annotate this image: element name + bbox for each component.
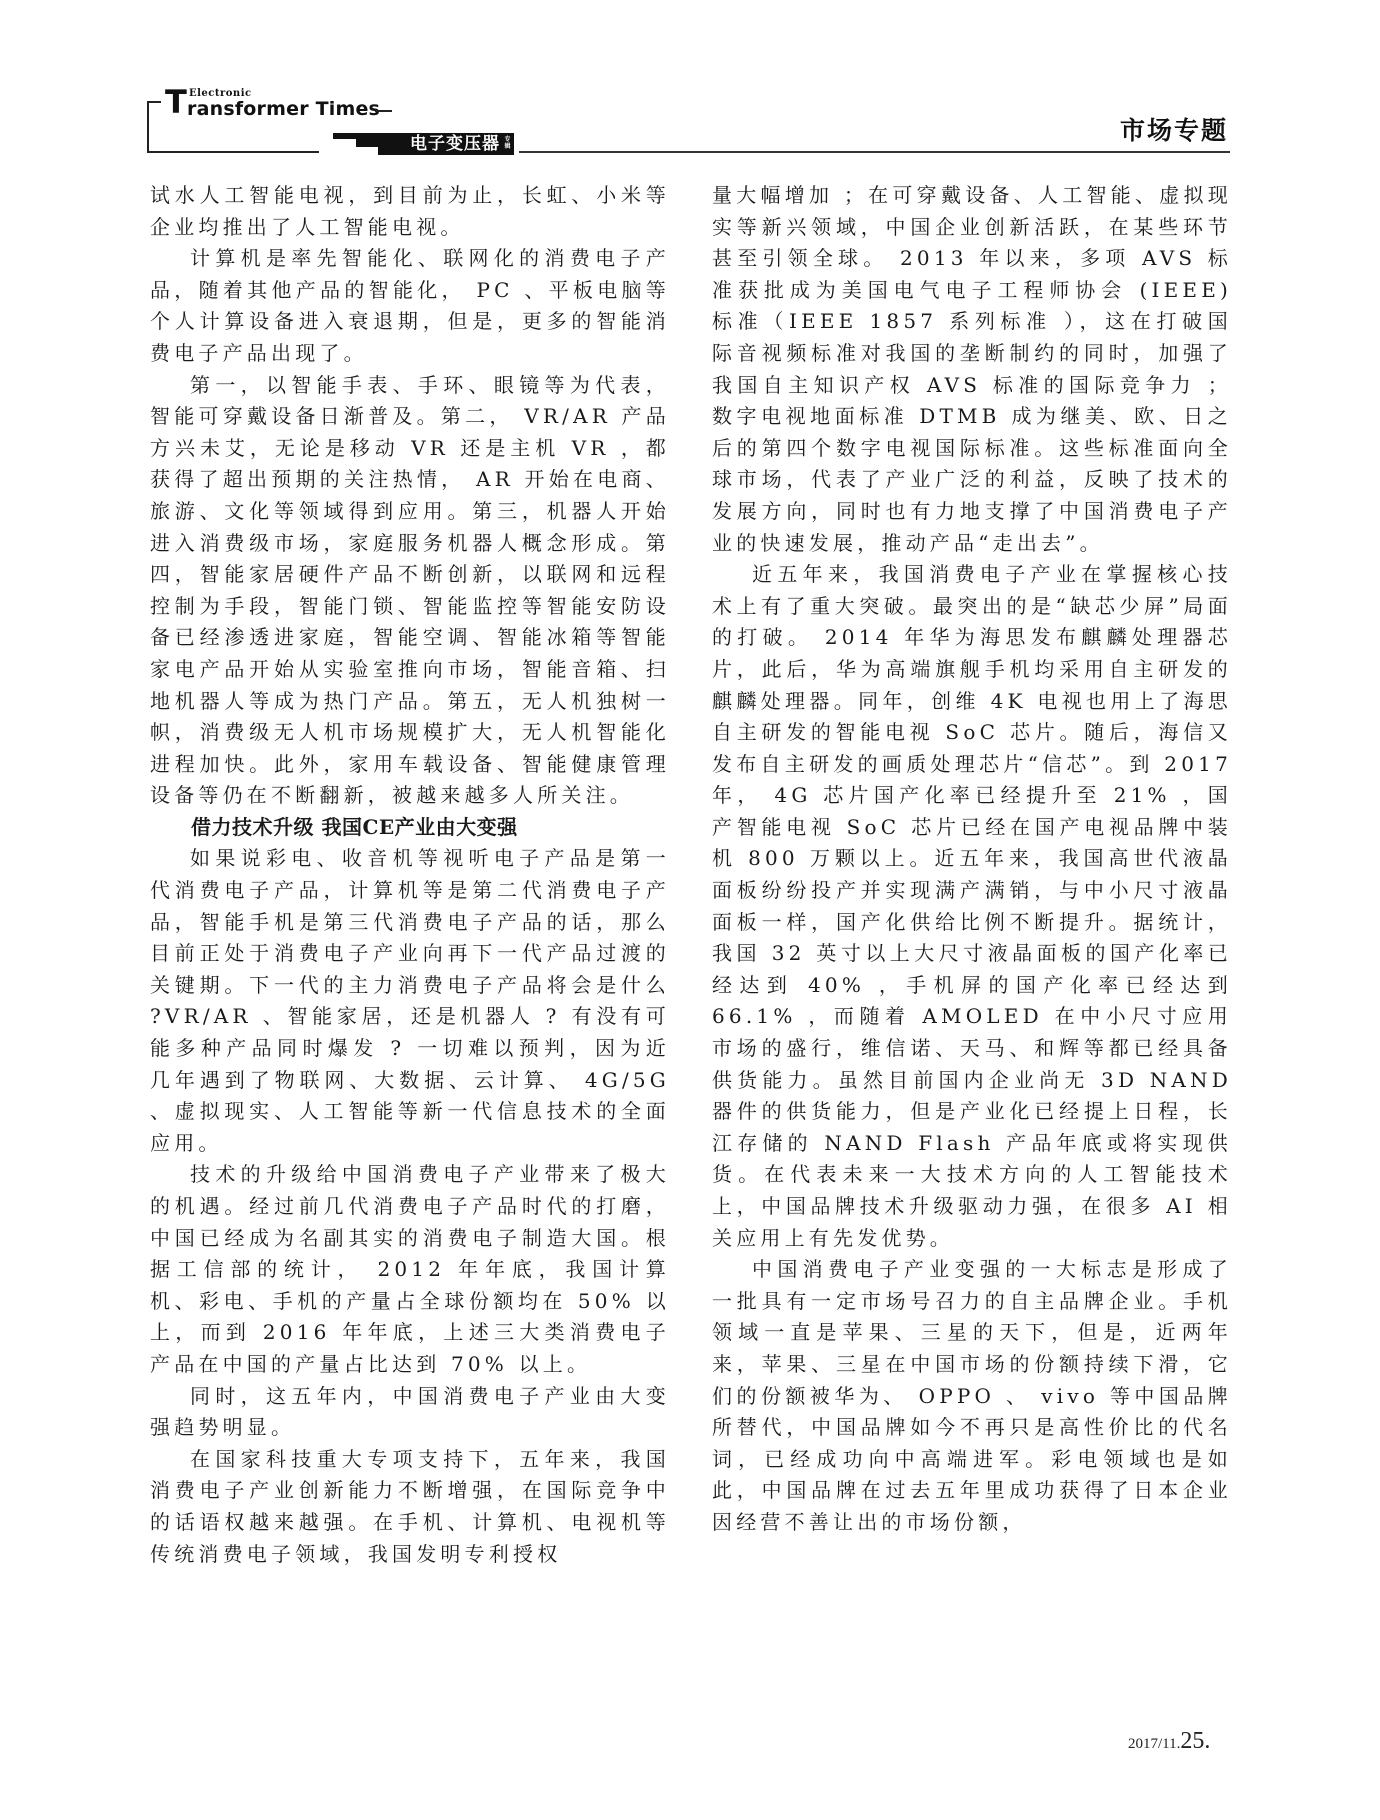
paragraph: 中国消费电子产业变强的一大标志是形成了一批具有一定市场号召力的自主品牌企业。手机… [712,1254,1232,1538]
header-rule [375,110,392,112]
paragraph: 第一，以智能手表、手环、眼镜等为代表，智能可穿戴设备日渐普及。第二， VR/AR… [150,370,670,812]
paragraph: 在国家科技重大专项支持下，五年来，我国消费电子产业创新能力不断增强，在国际竞争中… [150,1444,670,1570]
magazine-logo-title: ransformer Times [187,99,380,119]
section-heading: 借力技术升级 我国CE产业由大变强 [150,812,670,844]
header-rule [519,151,1230,153]
page-footer: 2017/11.25. [1128,1728,1210,1755]
section-title: 市场专题 [1120,116,1228,146]
paragraph: 计算机是率先智能化、联网化的消费电子产品，随着其他产品的智能化， PC 、平板电… [150,243,670,369]
right-column: 量大幅增加 ；在可穿戴设备、人工智能、虚拟现实等新兴领域，中国企业创新活跃，在某… [712,180,1232,1539]
header-rule [147,101,161,103]
magazine-cn-tag: 专辑 [504,136,511,150]
paragraph: 如果说彩电、收音机等视听电子产品是第一代消费电子产品，计算机等是第二代消费电子产… [150,843,670,1159]
header-rule [147,101,149,153]
paragraph: 技术的升级给中国消费电子产业带来了极大的机遇。经过前几代消费电子产品时代的打磨，… [150,1159,670,1380]
paragraph: 试水人工智能电视，到目前为止，长虹、小米等企业均推出了人工智能电视。 [150,180,670,243]
paragraph: 同时，这五年内，中国消费电子产业由大变强趋势明显。 [150,1381,670,1444]
left-column: 试水人工智能电视，到目前为止，长虹、小米等企业均推出了人工智能电视。 计算机是率… [150,180,670,1570]
magazine-logo-initial: T [165,86,187,118]
magazine-cn-banner: 电子变压器 专辑 [392,133,514,155]
magazine-cn-title: 电子变压器 [410,134,500,154]
page-number: 25. [1180,1728,1210,1754]
paragraph: 量大幅增加 ；在可穿戴设备、人工智能、虚拟现实等新兴领域，中国企业创新活跃，在某… [712,180,1232,559]
page-header: T Electronic ransformer Times 电子变压器 专辑 市… [0,0,1380,170]
header-rule [147,151,319,153]
paragraph: 近五年来，我国消费电子产业在掌握核心技术上有了重大突破。最突出的是“缺芯少屏”局… [712,559,1232,1254]
issue-date: 2017/11. [1128,1736,1180,1752]
